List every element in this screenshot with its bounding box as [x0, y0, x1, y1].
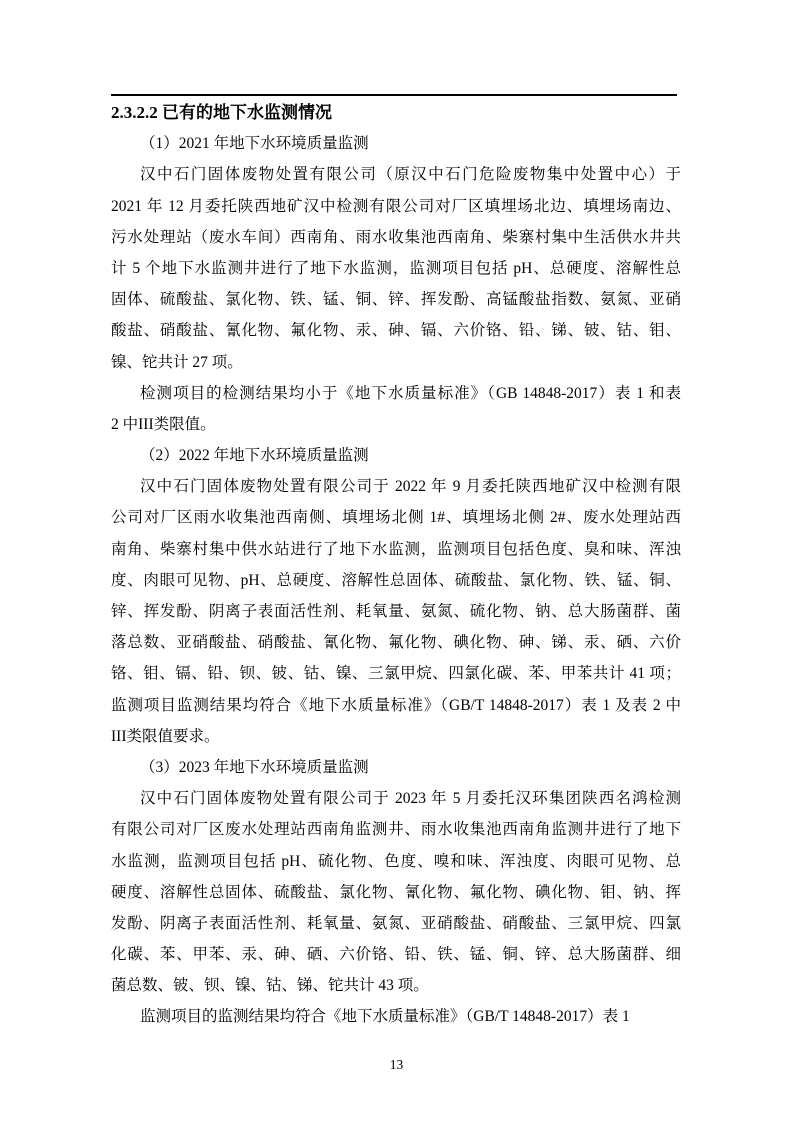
text-line: 汉中石门固体废物处置有限公司（原汉中石门危险废物集中处置中心）于	[111, 159, 681, 190]
document-page: 2.3.2.2 已有的地下水监测情况（1）2021 年地下水环境质量监测汉中石门…	[0, 0, 793, 1122]
page-number: 13	[0, 1057, 793, 1073]
text-line: 污水处理站（废水车间）西南角、雨水收集池西南角、柴寨村集中生活供水井共	[111, 222, 681, 253]
text-line: 检测项目的检测结果均小于《地下水质量标准》（GB 14848-2017）表 1 …	[111, 378, 681, 409]
text-line: 发酚、阴离子表面活性剂、耗氧量、氨氮、亚硝酸盐、硝酸盐、三氯甲烷、四氯	[111, 908, 681, 939]
text-line: 2 中III类限值。	[111, 409, 681, 440]
text-line: 汉中石门固体废物处置有限公司于 2022 年 9 月委托陕西地矿汉中检测有限	[111, 471, 681, 502]
text-line: （1）2021 年地下水环境质量监测	[111, 128, 681, 159]
text-line: 汉中石门固体废物处置有限公司于 2023 年 5 月委托汉环集团陕西名鸿检测	[111, 783, 681, 814]
text-line: 水监测，监测项目包括 pH、硫化物、色度、嗅和味、浑浊度、肉眼可见物、总	[111, 846, 681, 877]
section-divider-rule	[111, 94, 677, 96]
text-line: 监测项目监测结果均符合《地下水质量标准》（GB/T 14848-2017）表 1…	[111, 690, 681, 721]
text-line: 监测项目的监测结果均符合《地下水质量标准》（GB/T 14848-2017）表 …	[111, 1001, 681, 1032]
text-line: 铬、钼、镉、铅、钡、铍、钴、镍、三氯甲烷、四氯化碳、苯、甲苯共计 41 项；	[111, 658, 681, 689]
text-line: （3）2023 年地下水环境质量监测	[111, 752, 681, 783]
text-line: 硬度、溶解性总固体、硫酸盐、氯化物、氰化物、氟化物、碘化物、钼、钠、挥	[111, 877, 681, 908]
text-line: 计 5 个地下水监测井进行了地下水监测，监测项目包括 pH、总硬度、溶解性总	[111, 253, 681, 284]
text-line: （2）2022 年地下水环境质量监测	[111, 440, 681, 471]
document-body: 2.3.2.2 已有的地下水监测情况（1）2021 年地下水环境质量监测汉中石门…	[111, 94, 681, 1033]
text-line: 落总数、亚硝酸盐、硝酸盐、氰化物、氟化物、碘化物、砷、锑、汞、硒、六价	[111, 627, 681, 658]
text-line: 固体、硫酸盐、氯化物、铁、锰、铜、锌、挥发酚、高锰酸盐指数、氨氮、亚硝	[111, 284, 681, 315]
text-line: 公司对厂区雨水收集池西南侧、填埋场北侧 1#、填埋场北侧 2#、废水处理站西	[111, 502, 681, 533]
text-line: 镍、铊共计 27 项。	[111, 347, 681, 378]
text-line: 2021 年 12 月委托陕西地矿汉中检测有限公司对厂区填埋场北边、填埋场南边、	[111, 191, 681, 222]
text-line: 化碳、苯、甲苯、汞、砷、硒、六价铬、铅、铁、锰、铜、锌、总大肠菌群、细	[111, 939, 681, 970]
text-line: 酸盐、硝酸盐、氰化物、氟化物、汞、砷、镉、六价铬、铅、锑、铍、钴、钼、	[111, 315, 681, 346]
text-line: 南角、柴寨村集中供水站进行了地下水监测，监测项目包括色度、臭和味、浑浊	[111, 534, 681, 565]
text-line: 有限公司对厂区废水处理站西南角监测井、雨水收集池西南角监测井进行了地下	[111, 814, 681, 845]
text-line: 度、肉眼可见物、pH、总硬度、溶解性总固体、硫酸盐、氯化物、铁、锰、铜、	[111, 565, 681, 596]
text-line: III类限值要求。	[111, 721, 681, 752]
section-heading: 2.3.2.2 已有的地下水监测情况	[111, 97, 681, 128]
text-line: 菌总数、铍、钡、镍、钴、锑、铊共计 43 项。	[111, 970, 681, 1001]
text-line: 锌、挥发酚、阴离子表面活性剂、耗氧量、氨氮、硫化物、钠、总大肠菌群、菌	[111, 596, 681, 627]
